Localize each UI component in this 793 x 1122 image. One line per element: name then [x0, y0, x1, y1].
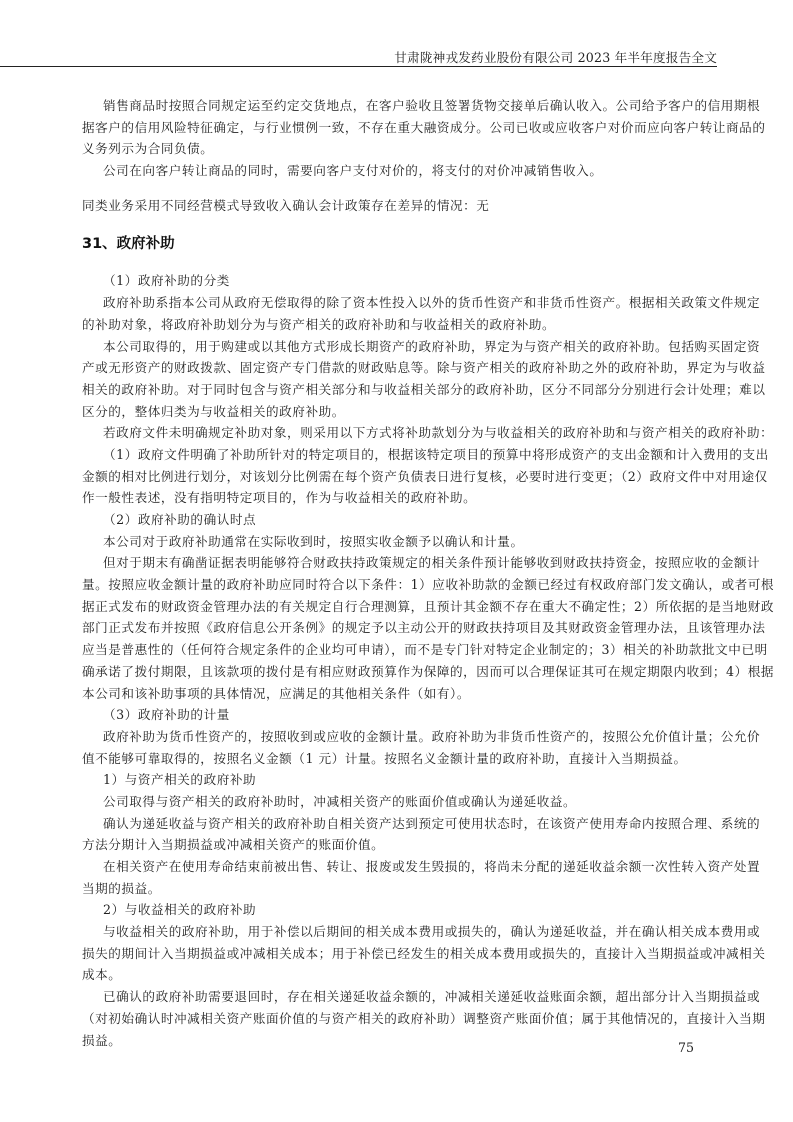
paragraph-line: 区分的，整体归类为与收益相关的政府补助。 [82, 401, 718, 423]
paragraph-line: 应当是普惠性的（任何符合规定条件的企业均可申请），而不是专门针对特定企业制定的；… [82, 639, 718, 661]
subsection-title: 2）与收益相关的政府补助 [82, 899, 718, 921]
paragraph-line: 金额的相对比例进行划分，对该划分比例需在每个资产负债表日进行复核，必要时进行变更… [82, 466, 718, 488]
paragraph-line: 确认为递延收益与资产相关的政府补助自相关资产达到预定可使用状态时，在该资产使用寿… [82, 813, 718, 835]
subsection-title: （1）政府补助的分类 [82, 270, 718, 292]
report-title: 甘肃陇神戎发药业股份有限公司 2023 年半年度报告全文 [394, 47, 717, 66]
document-body: 销售商品时按照合同规定运至约定交货地点，在客户验收且签署货物交接单后确认收入。公… [82, 95, 718, 1051]
difference-note: 同类业务采用不同经营模式导致收入确认会计政策存在差异的情况：无 [82, 195, 718, 217]
subsection-title: 1）与资产相关的政府补助 [82, 769, 718, 791]
paragraph-line: 义务列示为合同负债。 [82, 138, 718, 160]
paragraph-line: 据客户的信用风险特征确定，与行业惯例一致，不存在重大融资成分。公司已收或应收客户… [82, 117, 718, 139]
paragraph-line: （1）政府文件明确了补助所针对的特定项目的，根据该特定项目的预算中将形成资产的支… [82, 444, 718, 466]
subsection-title: （3）政府补助的计量 [82, 704, 718, 726]
paragraph-line: 在相关资产在使用寿命结束前被出售、转让、报废或发生毁损的，将尚未分配的递延收益余… [82, 856, 718, 878]
paragraph-line: 产或无形资产的财政拨款、固定资产专门借款的财政贴息等。除与资产相关的政府补助之外… [82, 357, 718, 379]
paragraph-line: 与收益相关的政府补助，用于补偿以后期间的相关成本费用或损失的，确认为递延收益，并… [82, 921, 718, 943]
spacer [82, 182, 718, 195]
paragraph-line: 成本。 [82, 964, 718, 986]
paragraph-line: 但对于期末有确凿证据表明能够符合财政扶持政策规定的相关条件预计能够收到财政扶持资… [82, 552, 718, 574]
paragraph-line: 确承诺了拨付期限，且该款项的拨付是有相应财政预算作为保障的，因而可以合理保证其可… [82, 661, 718, 683]
paragraph-line: 值不能够可靠取得的，按照名义金额（1 元）计量。按照名义金额计量的政府补助，直接… [82, 748, 718, 770]
paragraph-line: 的补助对象，将政府补助划分为与资产相关的政府补助和与收益相关的政府补助。 [82, 314, 718, 336]
paragraph-line: 公司取得与资产相关的政府补助时，冲减相关资产的账面价值或确认为递延收益。 [82, 791, 718, 813]
paragraph-line: 相关的政府补助。对于同时包含与资产相关部分和与收益相关部分的政府补助，区分不同部… [82, 379, 718, 401]
paragraph-line: 据正式发布的财政资金管理办法的有关规定自行合理测算，且预计其金额不存在重大不确定… [82, 596, 718, 618]
paragraph-line: 已确认的政府补助需要退回时，存在相关递延收益余额的，冲减相关递延收益账面余额，超… [82, 986, 718, 1008]
paragraph-line: 本公司对于政府补助通常在实际收到时，按照实收金额予以确认和计量。 [82, 531, 718, 553]
subsection-title: （2）政府补助的确认时点 [82, 509, 718, 531]
paragraph-line: 本公司取得的，用于购建或以其他方式形成长期资产的政府补助，界定为与资产相关的政府… [82, 336, 718, 358]
section-heading: 31、政府补助 [82, 230, 718, 258]
paragraph-line: 损失的期间计入当期损益或冲减相关成本；用于补偿已经发生的相关成本费用或损失的，直… [82, 943, 718, 965]
paragraph-line: 政府补助为货币性资产的，按照收到或应收的金额计量。政府补助为非货币性资产的，按照… [82, 726, 718, 748]
paragraph-line: 部门正式发布并按照《政府信息公开条例》的规定予以主动公开的财政扶持项目及其财政资… [82, 617, 718, 639]
page-header: 甘肃陇神戎发药业股份有限公司 2023 年半年度报告全文 [0, 44, 717, 67]
paragraph-line: 作一般性表述，没有指明特定项目的，作为与收益相关的政府补助。 [82, 487, 718, 509]
paragraph-line: 公司在向客户转让商品的同时，需要向客户支付对价的，将支付的对价冲减销售收入。 [82, 160, 718, 182]
paragraph-line: 方法分期计入当期损益或冲减相关资产的账面价值。 [82, 834, 718, 856]
paragraph-line: 本公司和该补助事项的具体情况，应满足的其他相关条件（如有）。 [82, 683, 718, 705]
page-number: 75 [678, 1040, 694, 1055]
paragraph-line: 当期的损益。 [82, 878, 718, 900]
paragraph-line: 量。按照应收金额计量的政府补助应同时符合以下条件：1）应收补助款的金额已经过有权… [82, 574, 718, 596]
paragraph-line: 销售商品时按照合同规定运至约定交货地点，在客户验收且签署货物交接单后确认收入。公… [82, 95, 718, 117]
paragraph-line: 损益。 [82, 1030, 718, 1052]
paragraph-line: 政府补助系指本公司从政府无偿取得的除了资本性投入以外的货币性资产和非货币性资产。… [82, 292, 718, 314]
paragraph-line: （对初始确认时冲减相关资产账面价值的与资产相关的政府补助）调整资产账面价值；属于… [82, 1008, 718, 1030]
paragraph-line: 若政府文件未明确规定补助对象，则采用以下方式将补助款划分为与收益相关的政府补助和… [82, 422, 718, 444]
